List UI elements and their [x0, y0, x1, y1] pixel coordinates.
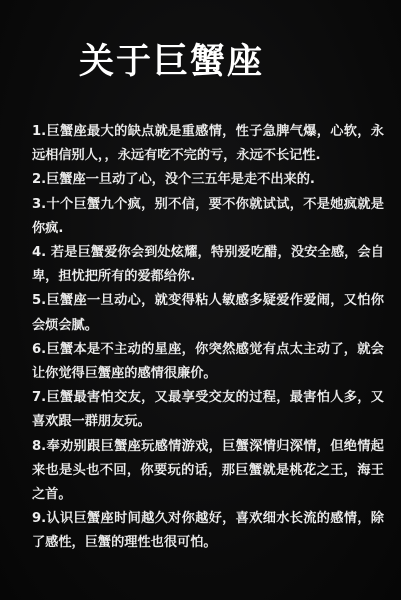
trait-list: 1.巨蟹座最大的缺点就是重感情，性子急脾气爆，心软，永远相信别人，，永远有吃不完…	[32, 120, 384, 556]
list-item: 4. 若是巨蟹爱你会到处炫耀，特别爱吃醋，没安全感，会自卑，担忧把所有的爱都给你…	[32, 241, 384, 289]
poster: 关于巨蟹座 1.巨蟹座最大的缺点就是重感情，性子急脾气爆，心软，永远相信别人，，…	[0, 0, 401, 600]
page-title: 关于巨蟹座	[79, 42, 264, 82]
list-item: 2.巨蟹座一旦动了心，没个三五年是走不出来的.	[32, 168, 384, 192]
list-item: 7.巨蟹最害怕交友，又最享受交友的过程，最害怕人多，又喜欢跟一群朋友玩。	[32, 386, 384, 434]
list-item: 5.巨蟹座一旦动心，就变得粘人敏感多疑爱作爱闹，又怕你会烦会腻。	[32, 289, 384, 337]
list-item: 8.奉劝别跟巨蟹座玩感情游戏，巨蟹深情归深情，但绝情起来也是头也不回，你要玩的话…	[32, 435, 384, 508]
list-item: 6.巨蟹本是不主动的星座，你突然感觉有点太主动了，就会让你觉得巨蟹座的感情很廉价…	[32, 338, 384, 386]
list-item: 9.认识巨蟹座时间越久对你越好，喜欢细水长流的感情，除了感性，巨蟹的理性也很可怕…	[32, 507, 384, 555]
list-item: 3.十个巨蟹九个疯，别不信，要不你就试试，不是她疯就是你疯.	[32, 193, 384, 241]
list-item: 1.巨蟹座最大的缺点就是重感情，性子急脾气爆，心软，永远相信别人，，永远有吃不完…	[32, 120, 384, 168]
